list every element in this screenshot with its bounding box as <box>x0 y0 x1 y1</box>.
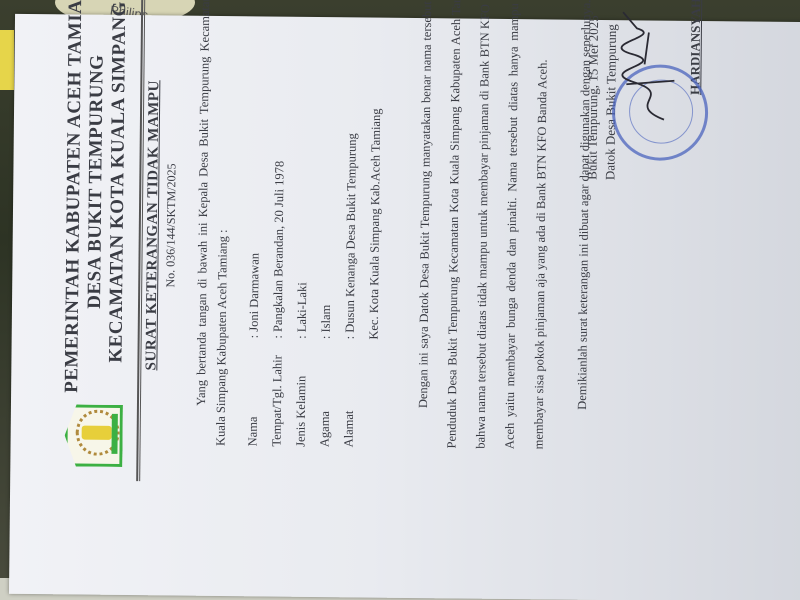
field-value: : Pangkalan Berandan, 20 Juli 1978 <box>268 107 294 338</box>
letterhead-text: PEMERINTAH KABUPATEN ACEH TAMIANG DESA B… <box>61 0 131 397</box>
regency-emblem-icon <box>64 404 123 467</box>
identity-field-row: Jenis Kelamin: Laki-Laki <box>291 108 319 447</box>
letterhead: PEMERINTAH KABUPATEN ACEH TAMIANG DESA B… <box>44 0 142 505</box>
statement-paragraph: Dengan ini saya Datok Desa Bukit Tempuru… <box>409 0 559 449</box>
letter-number: No. 036/144/SKTM/2025 <box>161 0 182 506</box>
field-label: Nama <box>243 338 268 446</box>
field-value: : Islam <box>316 108 342 339</box>
letterhead-district: KECAMATAN KOTA KUALA SIMPANG <box>105 0 132 397</box>
field-label <box>363 339 388 447</box>
place-date: Bukit Tempurung, 15 Mei 2025 <box>583 0 603 180</box>
lamp-shape <box>82 426 112 440</box>
document-paper: PEMERINTAH KABUPATEN ACEH TAMIANG DESA B… <box>9 14 800 600</box>
field-value: : Dusun Kenanga Desa Bukit Tempurung <box>340 108 366 339</box>
identity-field-row: Kec. Kota Kuala Simpang Kab.Aceh Tamiang <box>363 108 391 447</box>
letterhead-government: PEMERINTAH KABUPATEN ACEH TAMIANG <box>61 0 88 397</box>
identity-field-row: Alamat: Dusun Kenanga Desa Bukit Tempuru… <box>339 108 367 447</box>
field-label: Alamat <box>339 339 364 447</box>
identity-fields: Nama: Joni DarmawanTempat/Tgl. Lahir: Pa… <box>243 107 391 448</box>
field-label: Tempat/Tgl. Lahir <box>267 338 292 446</box>
field-value: : Laki-Laki <box>292 108 318 339</box>
handwritten-signature-icon <box>614 4 679 125</box>
field-value: Kec. Kota Kuala Simpang Kab.Aceh Tamiang <box>364 108 390 339</box>
identity-field-row: Nama: Joni Darmawan <box>243 107 271 446</box>
banner-shape <box>111 414 117 454</box>
identity-field-row: Agama: Islam <box>315 108 343 447</box>
field-label: Jenis Kelamin <box>291 339 316 447</box>
letter-body: Yang bertanda tangan di bawah ini Kepala… <box>191 0 597 450</box>
opening-paragraph: Yang bertanda tangan di bawah ini Kepala… <box>191 0 236 446</box>
field-label: Agama <box>315 339 340 447</box>
field-value: : Joni Darmawan <box>244 107 270 338</box>
background-object <box>0 30 14 90</box>
letter-title-block: SURAT KETERANGAN TIDAK MAMPU No. 036/144… <box>142 0 182 506</box>
letter-document: PEMERINTAH KABUPATEN ACEH TAMIANG DESA B… <box>30 0 796 512</box>
signature-block: Bukit Tempurung, 15 Mei 2025 Datok Desa … <box>583 0 705 181</box>
identity-field-row: Tempat/Tgl. Lahir: Pangkalan Berandan, 2… <box>267 107 295 446</box>
